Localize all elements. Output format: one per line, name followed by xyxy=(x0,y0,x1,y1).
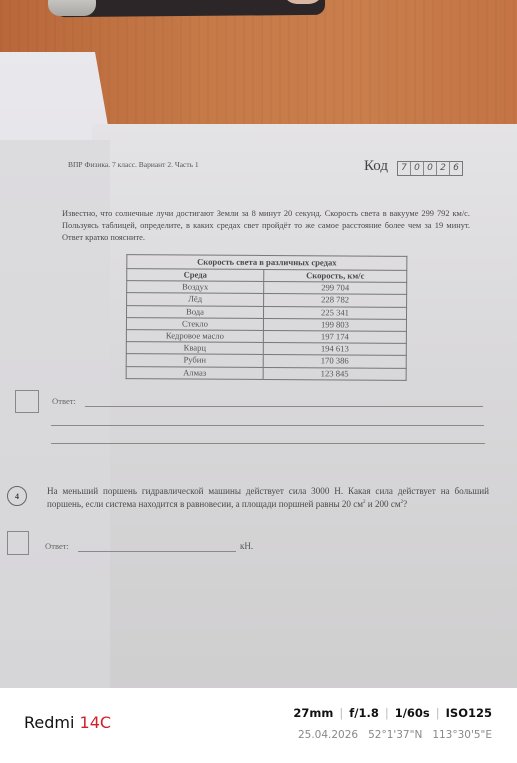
medium-cell: Стекло xyxy=(126,317,263,330)
pen-cap xyxy=(48,0,96,16)
answer-line-3b[interactable] xyxy=(51,425,484,426)
score-box-4 xyxy=(7,531,29,555)
speed-cell: 194 613 xyxy=(263,343,406,356)
speed-cell: 123 845 xyxy=(263,367,406,380)
shutter-speed: 1/60s xyxy=(395,706,430,720)
speed-cell: 228 782 xyxy=(264,294,407,307)
column-header-speed: Скорость, км/с xyxy=(264,269,407,282)
camera-specs: 27mm|f/1.8|1/60s|ISO125 xyxy=(293,706,492,720)
capture-date: 25.04.2026 xyxy=(298,729,358,741)
answer-label-3: Ответ: xyxy=(52,396,76,406)
answer-line-3a[interactable] xyxy=(85,406,483,407)
column-header-medium: Среда xyxy=(127,269,264,282)
kod-box: 7 0 0 2 6 xyxy=(397,161,463,176)
photo: ВПР Физика. 7 класс. Вариант 2. Часть 1 … xyxy=(0,0,517,688)
camera-model: 14C xyxy=(80,713,112,732)
camera-brand: Redmi 14C xyxy=(24,713,111,732)
capture-meta: 25.04.202652°1'37"N113°30'5"E xyxy=(288,729,492,741)
kod-digit: 2 xyxy=(437,162,450,175)
medium-cell: Алмаз xyxy=(126,366,263,379)
speed-cell: 199 803 xyxy=(263,318,406,331)
aperture: f/1.8 xyxy=(349,706,379,720)
kod-digit: 0 xyxy=(411,162,424,175)
table-row: Кедровое масло197 174 xyxy=(126,330,406,344)
speed-cell: 197 174 xyxy=(263,330,406,343)
question-4-text: На меньший поршень гидравлической машины… xyxy=(47,485,489,510)
focal-length: 27mm xyxy=(293,706,333,720)
medium-cell: Воздух xyxy=(127,281,264,294)
medium-cell: Вода xyxy=(126,305,263,318)
medium-cell: Рубин xyxy=(126,354,263,367)
medium-cell: Лёд xyxy=(127,293,264,306)
question-4-number: 4 xyxy=(7,486,27,506)
speed-of-light-table: Скорость света в различных средах Среда … xyxy=(126,254,408,380)
answer-line-4[interactable] xyxy=(78,551,236,552)
answer-line-3c[interactable] xyxy=(51,443,485,444)
table-row: Алмаз123 845 xyxy=(126,366,406,380)
kod-digit: 0 xyxy=(424,162,437,175)
kod-label: Код xyxy=(364,158,388,175)
speed-cell: 225 341 xyxy=(263,306,406,319)
speed-cell: 170 386 xyxy=(263,355,406,368)
score-box-3 xyxy=(15,390,39,413)
worksheet-header: ВПР Физика. 7 класс. Вариант 2. Часть 1 xyxy=(68,160,199,169)
gps-longitude: 113°30'5"E xyxy=(432,729,492,741)
answer-label-4: Ответ: xyxy=(45,541,69,551)
kod-digit: 7 xyxy=(398,162,411,175)
question-3-text: Известно, что солнечные лучи достигают З… xyxy=(62,208,470,244)
speed-cell: 299 704 xyxy=(264,282,407,295)
medium-cell: Кедровое масло xyxy=(126,330,263,343)
medium-cell: Кварц xyxy=(126,342,263,355)
answer-unit-4: кН. xyxy=(240,541,253,551)
gps-latitude: 52°1'37"N xyxy=(368,729,422,741)
iso: ISO125 xyxy=(446,706,492,720)
camera-watermark: Redmi 14C 27mm|f/1.8|1/60s|ISO125 25.04.… xyxy=(0,688,517,763)
kod-digit: 6 xyxy=(450,162,462,175)
